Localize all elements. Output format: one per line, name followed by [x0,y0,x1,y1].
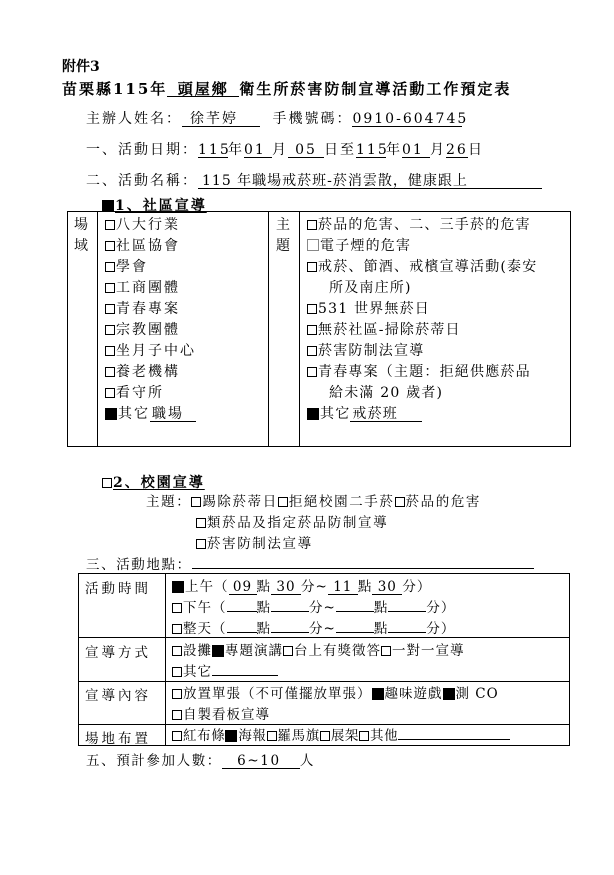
method-option-label: 台上有獎徵答 [294,643,381,659]
checkbox[interactable] [105,408,117,420]
tilde: ~ [316,579,328,595]
table-border [67,211,571,212]
checkbox[interactable] [307,408,319,420]
venue-list: 八大行業 社區協會 學會 工商團體 青春專案 宗教團體 坐月子中心 養老機構 看… [105,215,196,425]
checkbox[interactable] [212,645,224,657]
close-paren: ） [417,579,432,595]
table-border [78,573,79,746]
checkbox[interactable] [307,325,317,335]
time-options: 上午（09點30分~11點30分） 下午（點分~點分） 整天（點分~點分） [172,577,455,640]
checkbox[interactable] [105,325,115,335]
method-option-other[interactable]: 其它 [172,662,465,683]
checkbox[interactable] [105,262,115,272]
checkbox[interactable] [225,730,237,742]
venue-item[interactable]: 看守所 [105,383,196,404]
campus-topic-item-label: 類菸品及指定菸品防制宣導 [207,515,388,531]
venue-label-char: 場 [74,215,94,236]
content-option-label: 測 CO [456,686,499,702]
campus-topic-item-label: 菸品的危害 [406,494,482,510]
venue-item[interactable]: 青春專案 [105,299,196,320]
venue-item-label: 看守所 [116,385,164,401]
checkbox[interactable] [307,346,317,356]
content-label: 宣導內容 [85,684,151,704]
checkbox[interactable] [105,241,115,251]
topic-item[interactable]: 電子煙的危害 [307,236,537,257]
campus-topic-item-label: 踢除菸蒂日 [202,494,278,510]
method-option[interactable]: 台上有獎徵答 [283,643,381,659]
min-unit: 分 [426,600,441,616]
checkbox[interactable] [105,388,115,398]
location-row: 三、活動地點： [86,553,534,573]
hour-unit: 點 [257,579,272,595]
start-min-field[interactable] [271,611,309,612]
end-month-field[interactable]: 01 [402,143,430,158]
campus-topic-label: 主題： [146,494,191,510]
checkbox[interactable] [267,731,277,741]
venue-item-label: 養老機構 [116,364,180,380]
content-option-label: 自製看板宣導 [183,707,270,723]
organizer-name-field[interactable]: 徐芊婷 [182,112,260,127]
setup-option-label: 紅布條 [183,728,225,744]
topic-item-other[interactable]: 其它戒菸班 [307,404,537,425]
campus-heading: 2、校園宣導 [102,472,205,492]
setup-option[interactable]: 海報 [225,728,266,744]
topic-item-label: 無菸社區-掃除菸蒂日 [318,322,461,338]
topic-item-label: 菸害防制法宣導 [318,343,424,359]
location-label: 三、活動地點： [86,557,192,573]
date-label: 一、活動日期： [86,142,198,158]
title-suffix: 衛生所菸害防制宣導活動工作預定表 [239,80,511,98]
method-option-label: 專題演講 [225,643,283,659]
venue-label-char: 域 [74,236,94,257]
content-option[interactable]: 自製看板宣導 [172,705,499,726]
table-border [67,446,571,447]
activity-name-label: 二、活動名稱： [86,173,198,189]
campus-topic-item[interactable]: 類菸品及指定菸品防制宣導 [146,513,481,534]
checkbox[interactable] [381,646,391,656]
venue-item-label: 青春專案 [116,301,180,317]
start-min-field[interactable]: 30 [271,580,301,595]
checkbox[interactable] [307,304,317,314]
topic-item-label: 531 世界無菸日 [318,301,430,317]
method-option-label: 其它 [183,664,212,680]
campus-topic-item[interactable]: 菸品的危害 [395,494,482,510]
method-option-label: 一對一宣導 [392,643,465,659]
tilde: ~ [324,621,336,637]
checkbox[interactable] [278,497,288,507]
min-unit: 分 [426,621,441,637]
campus-topic-item[interactable]: 拒絕校園二手菸 [278,494,395,510]
setup-option[interactable]: 紅布條 [172,728,225,744]
checkbox[interactable] [196,539,206,549]
topic-item-label: 其它 [320,406,350,422]
campus-topic-item[interactable]: 菸害防制法宣導 [146,534,481,555]
min-unit: 分 [301,579,316,595]
end-min-field[interactable] [388,632,426,633]
time-option-label: 整天（ [183,621,227,637]
venue-item[interactable]: 學會 [105,257,196,278]
content-option-label: 放置單張（不可僅擺放單張） [183,686,372,702]
checkbox[interactable] [395,497,405,507]
venue-item-label: 學會 [116,259,148,275]
participants-row: 五、預計參加人數：6~10人 [86,749,315,769]
setup-option-other[interactable]: 其他 [359,728,510,744]
setup-option-label: 其他 [370,728,398,744]
to-label: 至 [340,142,356,158]
checkbox[interactable] [105,346,115,356]
start-hour-field[interactable]: 09 [229,580,257,595]
organizer-name-label: 主辦人姓名： [86,111,182,127]
table-border [268,211,269,447]
venue-item[interactable]: 社區協會 [105,236,196,257]
setup-label: 場地布置 [85,727,151,747]
topic-item[interactable]: 戒菸、節酒、戒檳宣導活動(泰安 [307,257,537,278]
content-option[interactable]: 測 CO [443,686,499,702]
checkbox[interactable] [191,497,201,507]
topic-item-label: 電子煙的危害 [320,238,411,254]
venue-item-label: 宗教團體 [116,322,180,338]
start-month-field[interactable]: 01 [244,143,272,158]
table-border [78,573,570,574]
tilde: ~ [324,600,336,616]
campus-topic-item-label: 菸害防制法宣導 [207,536,313,552]
table-border [97,211,98,447]
checkbox[interactable] [372,688,384,700]
method-option-label: 設攤 [183,643,212,659]
checkbox[interactable] [307,220,317,230]
time-option-pm[interactable]: 下午（點分~點分） [172,598,455,619]
checkbox[interactable] [105,220,115,230]
setup-other-field[interactable] [398,739,510,740]
title-prefix: 苗栗縣115年 [62,80,167,98]
end-min-field[interactable] [388,611,426,612]
checkbox[interactable] [172,603,182,613]
time-option-label: 上午（ [185,579,229,595]
hour-unit: 點 [374,600,389,616]
page-title: 苗栗縣115年頭屋鄉衛生所菸害防制宣導活動工作預定表 [62,78,511,99]
year-unit: 年 [386,142,402,158]
venue-item-label: 工商團體 [116,280,180,296]
campus-checkbox[interactable] [102,478,112,488]
method-option[interactable]: 一對一宣導 [381,643,465,659]
content-option[interactable]: 放置單張（不可僅擺放單張） [172,686,372,702]
township-field[interactable]: 頭屋鄉 [167,82,239,97]
end-year-field[interactable]: 115 [356,143,386,158]
phone-field[interactable]: 0910-604745 [352,112,462,127]
venue-item[interactable]: 八大行業 [105,215,196,236]
checkbox[interactable] [105,304,115,314]
table-border [165,573,166,746]
year-unit: 年 [228,142,244,158]
participants-unit: 人 [300,753,315,769]
location-field[interactable] [192,568,534,569]
method-options: 設攤專題演講台上有獎徵答一對一宣導 其它 [172,641,465,683]
method-other-field[interactable] [212,675,278,676]
time-option-allday[interactable]: 整天（點分~點分） [172,619,455,640]
time-option-am[interactable]: 上午（09點30分~11點30分） [172,577,455,598]
topic-label: 主 題 [276,215,296,257]
topic-label-char: 主 [276,215,296,236]
content-option[interactable]: 趣味遊戲 [372,686,443,702]
method-option[interactable]: 專題演講 [212,643,283,659]
day-unit: 日 [324,142,340,158]
min-unit: 分 [309,600,324,616]
topic-item[interactable]: 531 世界無菸日 [307,299,537,320]
checkbox[interactable] [196,518,206,528]
checkbox[interactable] [172,710,182,720]
hour-unit: 點 [374,621,389,637]
table-border [570,211,571,447]
venue-item[interactable]: 坐月子中心 [105,341,196,362]
end-min-field[interactable]: 30 [372,580,402,595]
setup-options: 紅布條海報羅馬旗展架其他 [172,727,510,745]
checkbox[interactable] [172,689,182,699]
checkbox[interactable] [307,239,319,251]
venue-item-label: 坐月子中心 [116,343,196,359]
organizer-row: 主辦人姓名：徐芊婷 手機號碼：0910-604745 [86,108,462,128]
community-heading: 1、社區宣導 [102,195,207,215]
table-border [67,211,68,447]
venue-item-label: 其它 [118,406,150,422]
checkbox[interactable] [105,367,115,377]
end-hour-field[interactable]: 11 [328,580,358,595]
checkbox[interactable] [172,624,182,634]
campus-topics: 主題：踢除菸蒂日拒絕校園二手菸菸品的危害 類菸品及指定菸品防制宣導 菸害防制法宣… [146,492,481,555]
table-border [569,573,570,746]
setup-option[interactable]: 展架 [320,728,359,744]
start-hour-field[interactable] [227,611,257,612]
phone-label: 手機號碼： [272,111,352,127]
hour-unit: 點 [257,600,272,616]
campus-topic-item[interactable]: 踢除菸蒂日 [191,494,278,510]
end-hour-field[interactable] [336,632,374,633]
method-option[interactable]: 設攤 [172,643,212,659]
participants-field[interactable]: 6~10 [222,754,300,769]
method-label: 宣導方式 [85,641,151,661]
table-border [299,211,300,447]
end-day-field[interactable]: 26 [446,143,468,158]
time-label: 活動時間 [85,577,151,597]
month-unit: 月 [430,142,446,158]
date-row: 一、活動日期：115年01月05日至115年01月26日 [86,139,484,159]
start-year-field[interactable]: 115 [198,143,228,158]
month-unit: 月 [272,142,288,158]
topic-item-label-cont: 所及南庄所) [307,278,537,299]
content-options: 放置單張（不可僅擺放單張）趣味遊戲測 CO 自製看板宣導 [172,684,499,726]
checkbox[interactable] [172,667,182,677]
topic-other-field[interactable]: 戒菸班 [350,407,422,422]
checkbox[interactable] [359,731,369,741]
end-hour-field[interactable] [336,611,374,612]
checkbox[interactable] [172,731,182,741]
topic-label-char: 題 [276,236,296,257]
venue-item-other[interactable]: 其它職場 [105,404,196,425]
setup-option-label: 海報 [238,728,266,744]
venue-item[interactable]: 養老機構 [105,362,196,383]
hour-unit: 點 [257,621,272,637]
checkbox[interactable] [307,367,317,377]
attachment-label: 附件3 [62,56,100,76]
campus-topic-item-label: 拒絕校園二手菸 [289,494,395,510]
topic-item[interactable]: 菸害防制法宣導 [307,341,537,362]
checkbox[interactable] [172,581,184,593]
topic-item-label-cont: 給未滿 20 歲者) [307,383,537,404]
topic-list: 菸品的危害、二、三手菸的危害 電子煙的危害 戒菸、節酒、戒檳宣導活動(泰安 所及… [307,215,537,425]
venue-item[interactable]: 工商團體 [105,278,196,299]
venue-item-label: 社區協會 [116,238,180,254]
min-unit: 分 [309,621,324,637]
setup-option-label: 羅馬旗 [278,728,320,744]
campus-heading-label: 2、校園宣導 [113,475,205,491]
start-min-field[interactable] [271,632,309,633]
topic-item-label: 菸品的危害、二、三手菸的危害 [318,217,531,233]
checkbox[interactable] [443,688,455,700]
venue-other-field[interactable]: 職場 [150,407,196,422]
topic-item-label: 戒菸、節酒、戒檳宣導活動(泰安 [318,259,537,275]
topic-item[interactable]: 青春專案（主題：拒絕供應菸品 [307,362,537,383]
hour-unit: 點 [358,579,373,595]
time-option-label: 下午（ [183,600,227,616]
checkbox[interactable] [172,646,182,656]
setup-option[interactable]: 羅馬旗 [267,728,320,744]
venue-item[interactable]: 宗教團體 [105,320,196,341]
topic-item-label: 青春專案（主題：拒絕供應菸品 [318,364,531,380]
venue-item-label: 八大行業 [116,217,180,233]
checkbox[interactable] [283,646,293,656]
venue-label: 場 域 [74,215,94,257]
activity-name-field[interactable]: 115 年職場戒菸班-菸消雲散，健康跟上 [198,174,542,189]
table-border [78,745,570,746]
content-option-label: 趣味遊戲 [385,686,443,702]
checkbox[interactable] [320,731,330,741]
topic-item[interactable]: 菸品的危害、二、三手菸的危害 [307,215,537,236]
checkbox[interactable] [307,262,317,272]
close-paren: ） [441,600,456,616]
close-paren: ） [441,621,456,637]
start-day-field[interactable]: 05 [288,143,324,158]
participants-label: 五、預計參加人數： [86,753,222,769]
activity-name-row: 二、活動名稱：115 年職場戒菸班-菸消雲散，健康跟上 [86,170,542,190]
topic-item[interactable]: 無菸社區-掃除菸蒂日 [307,320,537,341]
min-unit: 分 [402,579,417,595]
checkbox[interactable] [105,283,115,293]
setup-option-label: 展架 [331,728,359,744]
start-hour-field[interactable] [227,632,257,633]
day-unit: 日 [468,142,484,158]
